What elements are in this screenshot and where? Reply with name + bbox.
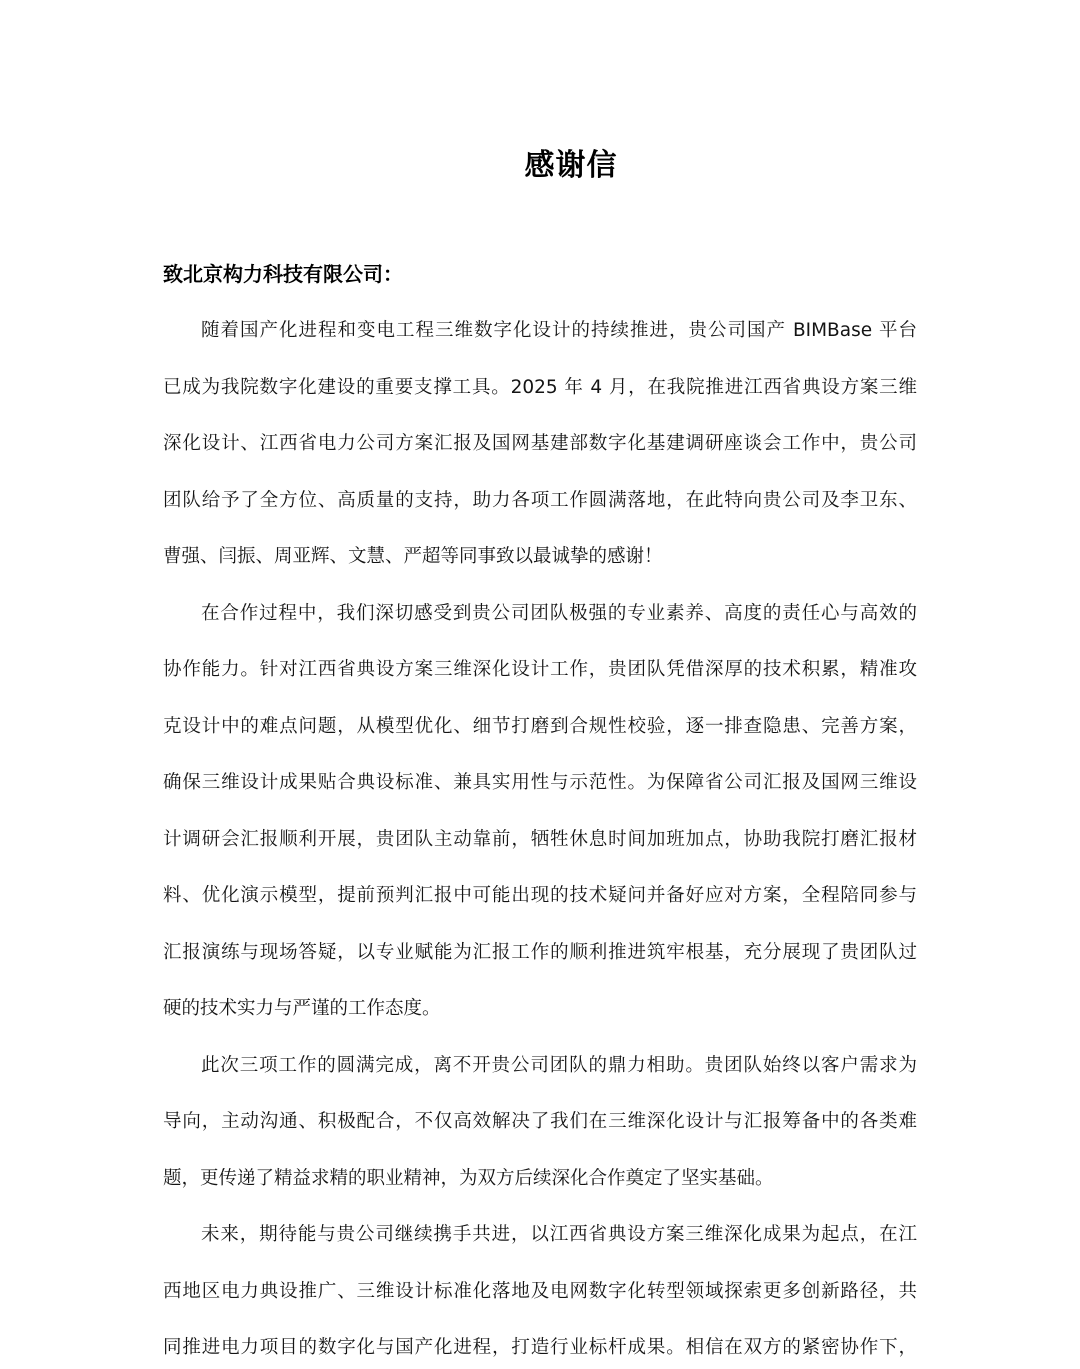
text-line: 同推进电力项目的数字化与国产化进程，打造行业标杆成果。相信在双方的紧密协作下， [163, 1335, 917, 1361]
text-line: 克设计中的难点问题，从模型优化、细节打磨到合规性校验，逐一排查隐患、完善方案， [163, 714, 917, 740]
text-line: 料、优化演示模型，提前预判汇报中可能出现的技术疑问并备好应对方案，全程陪同参与 [163, 883, 917, 909]
text-line: 此次三项工作的圆满完成，离不开贵公司团队的鼎力相助。贵团队始终以客户需求为 [201, 1053, 917, 1079]
letter-page: 感谢信 致北京构力科技有限公司： 随着国产化进程和变电工程三维数字化设计的持续推… [0, 0, 1080, 1369]
text-line: 团队给予了全方位、高质量的支持，助力各项工作圆满落地，在此特向贵公司及李卫东、 [163, 488, 917, 514]
text-line: 曹强、闫振、周亚辉、文慧、严超等同事致以最诚挚的感谢！ [163, 544, 917, 570]
text-line: 导向，主动沟通、积极配合，不仅高效解决了我们在三维深化设计与汇报筹备中的各类难 [163, 1109, 917, 1135]
text-line: 已成为我院数字化建设的重要支撑工具。2025 年 4 月，在我院推进江西省典设方… [163, 375, 917, 401]
letter-title: 感谢信 [0, 140, 1080, 184]
text-line: 汇报演练与现场答疑，以专业赋能为汇报工作的顺利推进筑牢根基，充分展现了贵团队过 [163, 940, 917, 966]
text-line: 确保三维设计成果贴合典设标准、兼具实用性与示范性。为保障省公司汇报及国网三维设 [163, 770, 917, 796]
text-line: 西地区电力典设推广、三维设计标准化落地及电网数字化转型领域探索更多创新路径，共 [163, 1279, 917, 1305]
text-line: 未来，期待能与贵公司继续携手共进，以江西省典设方案三维深化成果为起点，在江 [201, 1222, 917, 1248]
text-line: 随着国产化进程和变电工程三维数字化设计的持续推进，贵公司国产 BIMBase 平… [201, 318, 917, 344]
text-line: 在合作过程中，我们深切感受到贵公司团队极强的专业素养、高度的责任心与高效的 [201, 601, 917, 627]
text-line: 深化设计、江西省电力公司方案汇报及国网基建部数字化基建调研座谈会工作中，贵公司 [163, 431, 917, 457]
text-line: 题，更传递了精益求精的职业精神，为双方后续深化合作奠定了坚实基础。 [163, 1166, 917, 1192]
text-line: 协作能力。针对江西省典设方案三维深化设计工作，贵团队凭借深厚的技术积累，精准攻 [163, 657, 917, 683]
text-line: 硬的技术实力与严谨的工作态度。 [163, 996, 917, 1022]
salutation: 致北京构力科技有限公司： [163, 258, 403, 287]
text-line: 计调研会汇报顺利开展，贵团队主动靠前，牺牲休息时间加班加点，协助我院打磨汇报材 [163, 827, 917, 853]
